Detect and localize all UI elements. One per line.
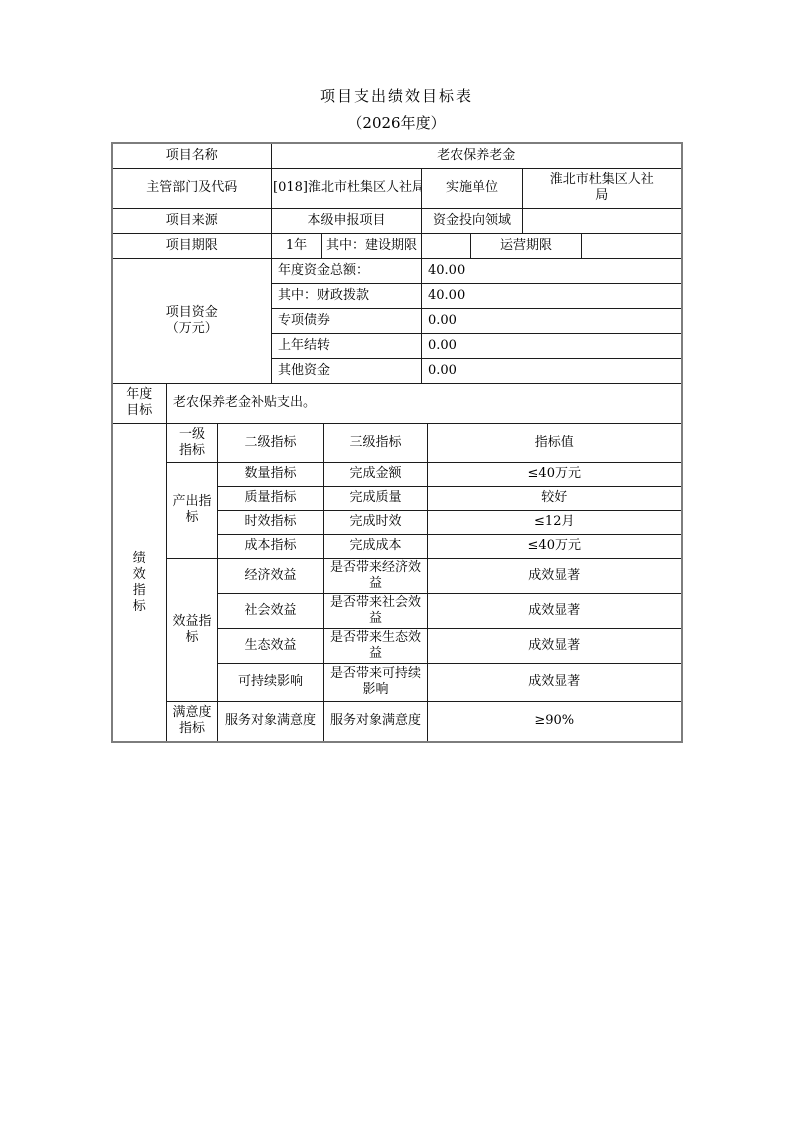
impl-unit-value: 淮北市杜集区人社局 (523, 168, 681, 208)
indicator-l2: 经济效益 (218, 558, 324, 593)
fund-row-name: 年度资金总额： (272, 258, 422, 283)
indicator-l2: 可持续影响 (218, 663, 324, 701)
indicator-l2: 成本指标 (218, 534, 324, 558)
project-name-value: 老农保养老金 (272, 144, 681, 168)
performance-target-table: 项目名称 老农保养老金 主管部门及代码 [018]淮北市杜集区人社局 实施单位 … (111, 142, 683, 743)
annual-goal-table: 年度 目标 老农保养老金补贴支出。 (113, 384, 681, 425)
indicator-l2: 生态效益 (218, 628, 324, 663)
indicator-l3: 完成时效 (324, 510, 428, 534)
indicator-l2: 社会效益 (218, 593, 324, 628)
fund-row-value: 0.00 (422, 333, 681, 358)
indicator-l2: 服务对象满意度 (218, 701, 324, 741)
indicator-l3: 完成成本 (324, 534, 428, 558)
performance-label: 绩 效 指 标 (113, 424, 167, 741)
indicator-value: 较好 (428, 486, 681, 510)
build-period-label: 其中：建设期限 (322, 233, 422, 258)
page-title: 项目支出绩效目标表 (111, 87, 683, 105)
indicator-l3: 是否带来可持续影响 (324, 663, 428, 701)
header-level1: 一级 指标 (167, 424, 218, 462)
indicator-l3: 完成金额 (324, 462, 428, 486)
performance-indicators-table: 绩 效 指 标 一级 指标 二级指标 三级指标 指标值 产出指标 数量指标 完成… (113, 424, 681, 741)
indicator-l3: 是否带来生态效益 (324, 628, 428, 663)
indicator-value: 成效显著 (428, 628, 681, 663)
annual-goal-label: 年度 目标 (113, 384, 167, 424)
indicator-l2: 质量指标 (218, 486, 324, 510)
dept-code-label: 主管部门及代码 (113, 168, 272, 208)
group-benefit-label: 效益指标 (167, 558, 218, 701)
impl-unit-label: 实施单位 (422, 168, 523, 208)
indicator-value: 成效显著 (428, 558, 681, 593)
fund-row-value: 40.00 (422, 283, 681, 308)
indicator-l3: 完成质量 (324, 486, 428, 510)
fund-row-value: 40.00 (422, 258, 681, 283)
fund-row-name: 专项债券 (272, 308, 422, 333)
indicator-value: 成效显著 (428, 663, 681, 701)
basic-info-table: 项目名称 老农保养老金 主管部门及代码 [018]淮北市杜集区人社局 实施单位 … (113, 144, 681, 384)
project-period-label: 项目期限 (113, 233, 272, 258)
annual-goal-text: 老农保养老金补贴支出。 (167, 384, 681, 424)
header-level3: 三级指标 (324, 424, 428, 462)
indicator-value: ≤40万元 (428, 534, 681, 558)
indicator-l3: 是否带来社会效益 (324, 593, 428, 628)
project-period-value: 1年 (272, 233, 322, 258)
project-name-label: 项目名称 (113, 144, 272, 168)
project-funds-label: 项目资金 （万元） (113, 258, 272, 383)
fund-row-name: 其中：财政拨款 (272, 283, 422, 308)
group-output-label: 产出指标 (167, 462, 218, 558)
indicator-l3: 是否带来经济效益 (324, 558, 428, 593)
fund-row-value: 0.00 (422, 358, 681, 383)
oper-period-label: 运营期限 (471, 233, 582, 258)
fund-row-name: 上年结转 (272, 333, 422, 358)
header-value: 指标值 (428, 424, 681, 462)
document-page: 项目支出绩效目标表 （2026年度） 项目名称 老农保养老金 主管部门及代码 [… (111, 0, 683, 743)
indicator-l2: 时效指标 (218, 510, 324, 534)
indicator-value: ≤12月 (428, 510, 681, 534)
group-satisfaction-label: 满意度 指标 (167, 701, 218, 741)
project-source-value: 本级申报项目 (272, 208, 422, 233)
indicator-value: ≤40万元 (428, 462, 681, 486)
project-source-label: 项目来源 (113, 208, 272, 233)
fund-area-label: 资金投向领域 (422, 208, 523, 233)
fund-row-name: 其他资金 (272, 358, 422, 383)
dept-code-value: [018]淮北市杜集区人社局 (272, 168, 422, 208)
indicator-l2: 数量指标 (218, 462, 324, 486)
header-level2: 二级指标 (218, 424, 324, 462)
indicator-value: ≥90% (428, 701, 681, 741)
page-subtitle: （2026年度） (111, 114, 683, 132)
fund-row-value: 0.00 (422, 308, 681, 333)
fund-area-value (523, 208, 681, 233)
indicator-l3: 服务对象满意度 (324, 701, 428, 741)
oper-period-value (582, 233, 681, 258)
build-period-value (422, 233, 471, 258)
indicator-value: 成效显著 (428, 593, 681, 628)
